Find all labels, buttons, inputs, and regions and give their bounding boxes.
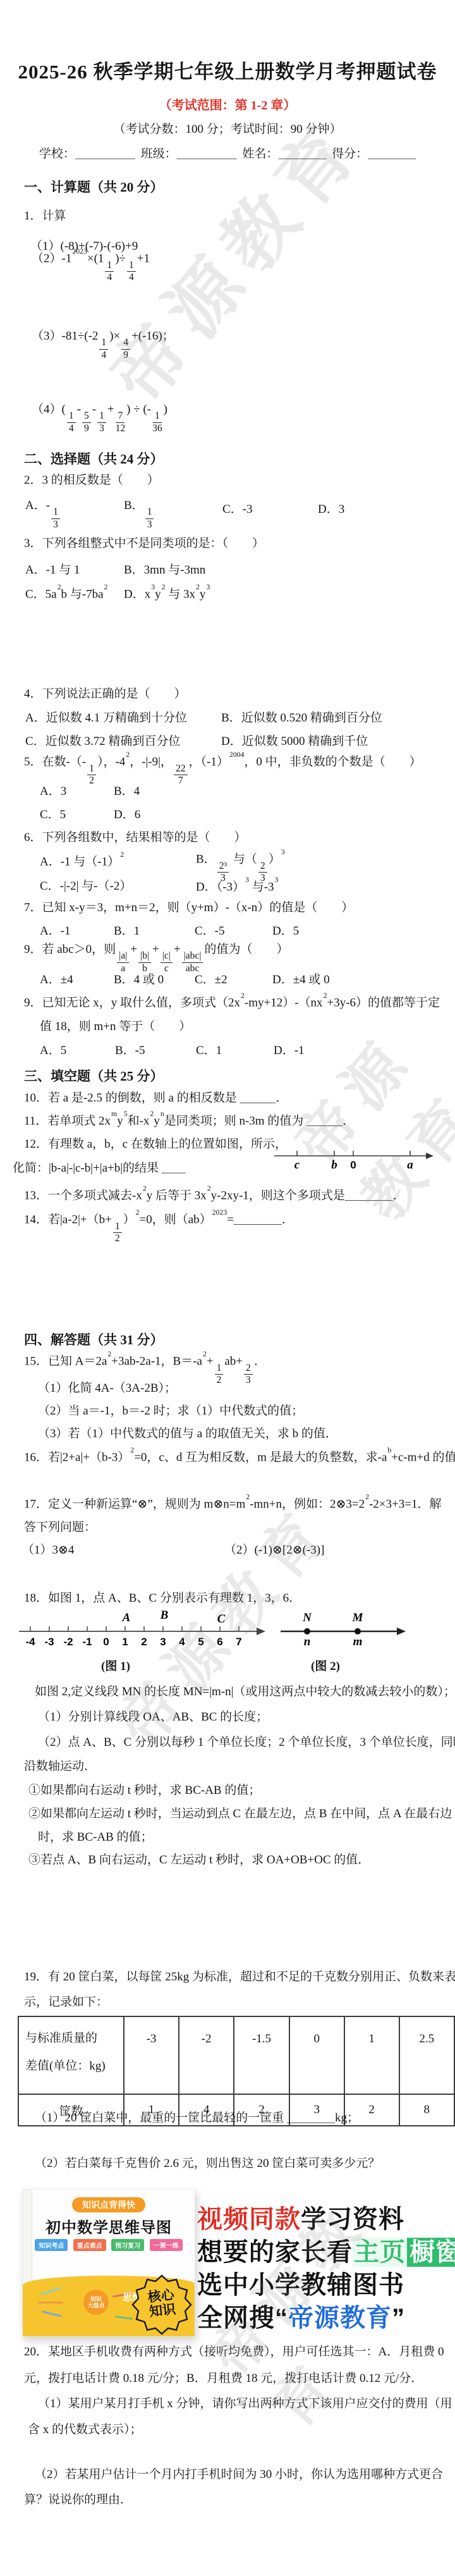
- q19-item-2: （2）若白菜每千克售价 2.6 元，则出售这 20 筐白菜可卖多少元？: [35, 2156, 380, 2172]
- point-M-label: M: [352, 1611, 364, 1624]
- q17-item-2: （2）(-1)⊗[2⊗(-3)]: [224, 1543, 324, 1559]
- q2-option-d: D．3: [318, 502, 344, 518]
- q9a-option-d: D．±4 或 0: [272, 972, 330, 988]
- ad-brand-text: 帝源教育: [288, 2304, 392, 2332]
- q3-option-c: C．5a2b 与-7ba2: [25, 586, 107, 603]
- svg-text:3: 3: [160, 1636, 166, 1648]
- q18-item-1: （1）分别计算线段 OA、AB、BC 的长度；: [38, 1710, 268, 1726]
- point-C-label: C: [217, 1612, 226, 1626]
- q6-option-c: C．-|-2| 与-（-2）: [40, 879, 131, 895]
- q3-option-a: A．-1 与 1: [25, 563, 80, 579]
- svg-text:-1: -1: [82, 1636, 92, 1648]
- book-badge: 重点难点: [73, 2239, 106, 2251]
- book-badges: 知识考点 重点难点 预习复习 一课一练: [23, 2239, 195, 2251]
- q20-item-2-line-2: 算？说说你的理由．: [24, 2493, 132, 2508]
- q7-option-b: B．1: [114, 924, 140, 940]
- section-2-heading: 二、选择题（共 24 分）: [24, 449, 164, 468]
- q18-stem: 18．如图 1，点 A、B、C 分别表示有理数 1，3，6．: [24, 1591, 301, 1607]
- q15-item-2: （2）当 a＝-1，b＝-2 时；求（1）中代数式的值；: [38, 1404, 303, 1420]
- q9b-option-d: D．-1: [274, 1043, 305, 1059]
- q10-stem: 10．若 a 是-2.5 的倒数，则 a 的相反数是 ＿＿＿．: [24, 1091, 288, 1107]
- q5-stem: 5．在数-（-12），-42，-|-9|，227，（-1）2004，0 中，非负…: [24, 754, 422, 786]
- q20-item-1-line-1: （1）某用户某月打手机 x 分钟，请你写出两种方式下该用户应交付的费用（用: [38, 2396, 452, 2412]
- q3-option-b: B．3mn 与-3mn: [124, 563, 205, 579]
- q3-option-d: D．x3y2 与 3x2y3: [124, 586, 210, 603]
- svg-text:0: 0: [103, 1636, 109, 1648]
- book-badge: 预习复习: [111, 2239, 144, 2251]
- q13-stem: 13．一个多项式减去-x2y 后等于 3x2y-2xy-1，则这个多项式是＿＿＿…: [24, 1187, 405, 1204]
- exam-info: （考试分数：100 分；考试时间：90 分钟）: [0, 120, 455, 137]
- q9b-stem-line-2: 值 18，则 m+n 等于（ ）: [40, 1019, 191, 1035]
- exam-scope: （考试范围：第 1-2 章）: [0, 95, 455, 113]
- q19-data-table: 与标准质量的 差值(单位：kg) -3 -2 -1.5 0 1 2.5 筐数 1…: [18, 2016, 455, 2126]
- ad-line-4: 全网搜“帝源教育”: [197, 2298, 405, 2334]
- q19-stem-line-2: 示，记录如下：: [24, 1995, 108, 2011]
- q7-option-c: C．-5: [195, 924, 225, 940]
- svg-text:-2: -2: [63, 1636, 73, 1648]
- svg-text:2: 2: [141, 1636, 147, 1648]
- q7-option-d: D．5: [272, 924, 299, 940]
- ad-green-text: 主页: [353, 2238, 407, 2267]
- q5-option-a: A．3: [40, 784, 66, 800]
- ad-line-3: 选中小学教辅图书: [197, 2265, 404, 2301]
- q9a-option-c: C．±2: [195, 972, 227, 988]
- q18-item-2-line-2: 沿数轴运动．: [24, 1759, 96, 1775]
- svg-text:6: 6: [217, 1636, 222, 1648]
- q18-subitem-2-line-2: 时，求 BC-AB 的值；: [38, 1830, 153, 1846]
- point-B-label: B: [160, 1609, 169, 1622]
- figure-1-caption: (图 1): [101, 1657, 130, 1674]
- book-circle-badge: 知识大盘点: [83, 2290, 109, 2315]
- ad-red-text: 视频同款: [197, 2205, 301, 2233]
- svg-text:7: 7: [236, 1636, 241, 1648]
- q5-option-b: B．4: [114, 784, 140, 800]
- q18-subitem-3: ③若点 A、B 向右运动，C 左运动 t 秒时，求 OA+OB+OC 的值．: [28, 1853, 370, 1868]
- class-field: 班级：＿＿＿＿＿: [141, 147, 237, 161]
- q11-stem: 11．若单项式 2xmy5和-x2yn是同类项；则 n-3m 的值为 ＿＿＿．: [24, 1113, 355, 1129]
- q9a-stem: 9．若 abc＞0，则|a|a+|b|b+|c|c+|abc|abc的值为（ ）: [24, 942, 289, 974]
- book-ribbon: 知识点背得快: [72, 2197, 145, 2212]
- q4-option-c: C．近似数 3.72 精确到百分位: [25, 734, 180, 750]
- figure-2-caption: (图 2): [311, 1657, 340, 1674]
- q1-label: 1．计算: [24, 209, 66, 224]
- book-title: 初中数学思维导图: [23, 2215, 195, 2237]
- q7-option-a: A．-1: [40, 924, 71, 940]
- q12-stem-line-1: 12．有理数 a，b，c 在数轴上的位置如图，所示，: [24, 1137, 287, 1153]
- section-1-heading: 一、计算题（共 20 分）: [24, 177, 164, 196]
- q18-subitem-2-line-1: ②如果都向左运动 t 秒时，当运动到点 C 在最左边，点 B 在中间，点 A 在…: [28, 1806, 452, 1822]
- q5-option-d: D．6: [114, 807, 140, 823]
- q17-stem-line-2: 答下列问题：: [24, 1520, 96, 1536]
- student-fields: 学校：＿＿＿＿＿ 班级：＿＿＿＿＿ 姓名：＿＿＿＿ 得分：＿＿＿＿: [0, 144, 455, 161]
- q9b-stem-line-1: 9．已知无论 x，y 取什么值，多项式（2x2-my+12）-（nx2+3y-6…: [24, 995, 440, 1011]
- book-badge: 一课一练: [150, 2239, 183, 2251]
- q5-option-c: C．5: [40, 807, 66, 823]
- q18-subitem-1: ①如果都向右运动 t 秒时，求 BC-AB 的值；: [28, 1783, 260, 1799]
- table-row-diff: 与标准质量的 差值(单位：kg) -3 -2 -1.5 0 1 2.5: [18, 2016, 454, 2094]
- q2-option-a: A．-13: [25, 498, 61, 530]
- q18-definition-para: 如图 2,定义线段 MN 的长度 MN=|m-n|（或用这两点中较大的数减去较小…: [35, 1684, 455, 1700]
- value-m-label: m: [353, 1635, 363, 1648]
- svg-text:-3: -3: [44, 1636, 54, 1648]
- q1-item-4: （4）(14-59-13+712) ÷ (-136): [32, 402, 167, 434]
- q2-option-b: B．13: [124, 498, 155, 530]
- svg-text:1: 1: [122, 1636, 128, 1648]
- q18-figure-1-number-line: -4 -3 -2 -1 0 1 2 3 4 5 6 7 A B C: [18, 1607, 268, 1654]
- school-field: 学校：＿＿＿＿＿: [39, 147, 135, 161]
- q16-stem: 16．若|2+a|+（b-3）2=0，c、d 互为相反数，m 是最大的负整数，求…: [24, 1449, 455, 1466]
- q19-item-1: （1）20 筐白菜中，最重的一筐比最轻的一筐重 ＿＿＿＿kg；: [35, 2111, 359, 2126]
- q18-item-2-line-1: （2）点 A、B、C 分别以每秒 1 个单位长度；2 个单位长度，3 个单位长度…: [38, 1735, 455, 1751]
- ad-book-cover: 知识点背得快 初中数学思维导图 知识考点 重点难点 预习复习 一课一练 知识大盘…: [22, 2189, 195, 2337]
- q19-stem-line-1: 19．有 20 筐白菜，以每筐 25kg 为标准，超过和不足的千克数分别用正、负…: [24, 1970, 455, 1985]
- q1-item-2: （2）-12023×(114)÷14+1: [32, 250, 150, 283]
- q6-option-a: A．-1 与（-1）2: [40, 854, 124, 870]
- page-title: 2025-26 秋季学期七年级上册数学月考押题试卷: [0, 56, 455, 84]
- q6-option-d: D．（-3）3 与-33: [196, 879, 278, 895]
- q3-stem: 3．下列各组整式中不是同类项的是：（ ）: [24, 536, 264, 552]
- q12-label-a: a: [407, 1158, 413, 1172]
- q4-stem: 4．下列说法正确的是（ ）: [24, 687, 186, 702]
- exam-paper-page: 帝源教育 帝源教育 帝源教育 帝源教育 2025-26 秋季学期七年级上册数学月…: [0, 0, 455, 2576]
- name-field: 姓名：＿＿＿＿: [242, 147, 326, 161]
- q2-option-c: C．-3: [222, 502, 253, 518]
- q12-label-c: c: [294, 1158, 300, 1172]
- core-knowledge-starburst: 核心知识: [131, 2274, 192, 2335]
- q20-stem-line-2: 元，拨打电话计费 0.18 元/分；B．月租费 18 元，拨打电话计费 0.12…: [24, 2371, 423, 2387]
- q1-item-3: （3）-81÷(-214)×49+(-16)；: [32, 329, 174, 360]
- q12-stem-line-2: 化简：|b-a|-|c-b|+|a+b|的结果 ＿＿: [13, 1161, 186, 1177]
- q17-stem-line-1: 17．定义一种新运算“⊗”，规则为 m⊗n=m2-mn+n，例如：2⊗3=22-…: [24, 1496, 441, 1512]
- svg-text:-4: -4: [25, 1636, 35, 1648]
- section-3-heading: 三、填空题（共 25 分）: [24, 1066, 164, 1085]
- q12-label-b: b: [331, 1158, 337, 1172]
- q2-stem: 2．3 的相反数是（ ）: [24, 473, 159, 489]
- ad-line-1: 视频同款学习资料: [197, 2199, 404, 2235]
- q6-stem: 6．下列各组数中，结果相等的是（ ）: [24, 830, 246, 846]
- q4-option-a: A．近似数 4.1 万精确到十分位: [25, 711, 187, 727]
- q14-stem: 14．若|a-2|+（b+12）2=0，则（ab）2023=＿＿＿＿．: [24, 1211, 294, 1244]
- q12-number-line: c b 0 a: [273, 1143, 435, 1174]
- q7-stem: 7．已知 x-y＝3，m+n＝2，则（y+m）-（x-n）的值是（ ）: [24, 900, 353, 916]
- table-header-diff: 与标准质量的 差值(单位：kg): [18, 2016, 124, 2094]
- q20-stem-line-1: 20．某地区手机收费有两种方式（接听均免费），用户可任选其一：A．月租费 0: [24, 2345, 444, 2360]
- score-field: 得分：＿＿＿＿: [332, 147, 416, 161]
- q12-label-0: 0: [350, 1159, 356, 1171]
- q9b-option-b: B．-5: [115, 1043, 145, 1059]
- ad-line-2: 想要的家长看主页橱窗: [197, 2232, 455, 2268]
- q20-item-1-line-2: 含 x 的代数式表示）；: [28, 2422, 142, 2438]
- q4-option-b: B．近似数 0.520 精确到百分位: [221, 711, 382, 727]
- q15-item-3: （3）若（1）中代数式的值与 a 的取值无关，求 b 的值．: [38, 1426, 337, 1442]
- book-badge: 知识考点: [35, 2239, 68, 2251]
- q9a-option-a: A．±4: [40, 972, 73, 988]
- point-A-label: A: [122, 1611, 131, 1624]
- svg-text:5: 5: [198, 1636, 203, 1648]
- q17-item-1: （1）3⊗4: [22, 1543, 74, 1559]
- q9b-option-c: C．1: [196, 1043, 222, 1059]
- q20-item-2-line-1: （2）若某用户估计一个月内打手机时间为 30 小时，你认为选用哪种方式更合: [35, 2467, 443, 2483]
- q4-option-d: D．近似数 5000 精确到千位: [221, 734, 368, 750]
- svg-text:4: 4: [179, 1636, 185, 1648]
- section-4-heading: 四、解答题（共 31 分）: [24, 1330, 164, 1349]
- q9a-option-b: B．4 或 0: [114, 972, 164, 988]
- point-N-label: N: [302, 1611, 312, 1624]
- q9b-option-a: A．5: [40, 1043, 66, 1059]
- q18-figure-2-line: N M n m: [279, 1611, 408, 1650]
- ad-green-block: 橱窗: [407, 2238, 455, 2267]
- value-n-label: n: [304, 1635, 311, 1648]
- q15-item-1: （1）化简 4A-（3A-2B）；: [38, 1381, 176, 1397]
